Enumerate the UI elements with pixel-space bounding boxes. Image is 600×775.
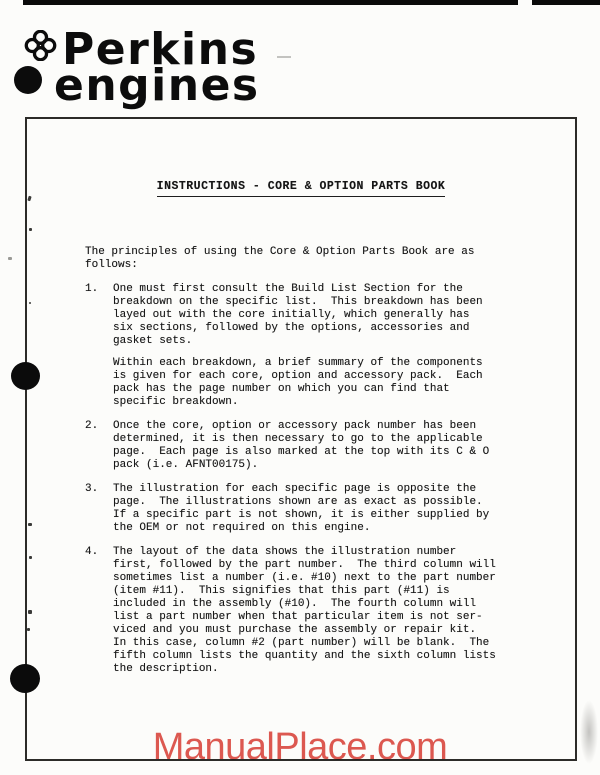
- paragraph: Once the core, option or accessory pack …: [113, 420, 489, 472]
- scan-speck: [28, 610, 32, 614]
- scan-speck: [8, 257, 12, 260]
- paragraph: One must first consult the Build List Se…: [113, 283, 483, 348]
- list-item-number: 2.: [85, 420, 113, 472]
- scan-speck: [28, 523, 32, 526]
- list-item-text: The layout of the data shows the illustr…: [113, 546, 496, 676]
- scan-speck: [29, 302, 31, 304]
- list-item-text: One must first consult the Build List Se…: [113, 283, 483, 409]
- watermark: ManualPlace.com: [0, 726, 600, 769]
- list-item-2: 2. Once the core, option or accessory pa…: [85, 420, 535, 472]
- scan-speck: [29, 556, 32, 559]
- brand-dot-icon: [14, 66, 42, 94]
- binder-hole-dot: [11, 362, 40, 390]
- list-item-4: 4. The layout of the data shows the illu…: [85, 546, 535, 676]
- paragraph: The layout of the data shows the illustr…: [113, 546, 496, 676]
- page-title: INSTRUCTIONS - CORE & OPTION PARTS BOOK: [157, 180, 446, 197]
- binder-hole-dot: [10, 664, 40, 693]
- scan-speck: [29, 228, 32, 231]
- list-item-number: 3.: [85, 483, 113, 535]
- document-title-row: INSTRUCTIONS - CORE & OPTION PARTS BOOK: [25, 176, 577, 197]
- list-item-text: The illustration for each specific page …: [113, 483, 489, 535]
- scan-edge-bar-gap: [518, 0, 532, 5]
- scanned-page: Perkins engines INSTRUCTIONS - CORE & OP…: [0, 0, 600, 775]
- brand-name-engines: engines: [54, 64, 260, 108]
- list-item-number: 1.: [85, 283, 113, 409]
- list-item-number: 4.: [85, 546, 113, 676]
- list-item-1: 1. One must first consult the Build List…: [85, 283, 535, 409]
- paragraph: The illustration for each specific page …: [113, 483, 489, 535]
- document-body: The principles of using the Core & Optio…: [85, 246, 535, 676]
- paragraph: Within each breakdown, a brief summary o…: [113, 357, 483, 409]
- scan-dash-artifact: [277, 56, 291, 58]
- scan-edge-bar: [23, 0, 600, 5]
- intro-paragraph: The principles of using the Core & Optio…: [85, 246, 535, 272]
- list-item-3: 3. The illustration for each specific pa…: [85, 483, 535, 535]
- perkins-rings-logo-icon: [23, 30, 58, 61]
- scan-speck: [27, 628, 30, 631]
- list-item-text: Once the core, option or accessory pack …: [113, 420, 489, 472]
